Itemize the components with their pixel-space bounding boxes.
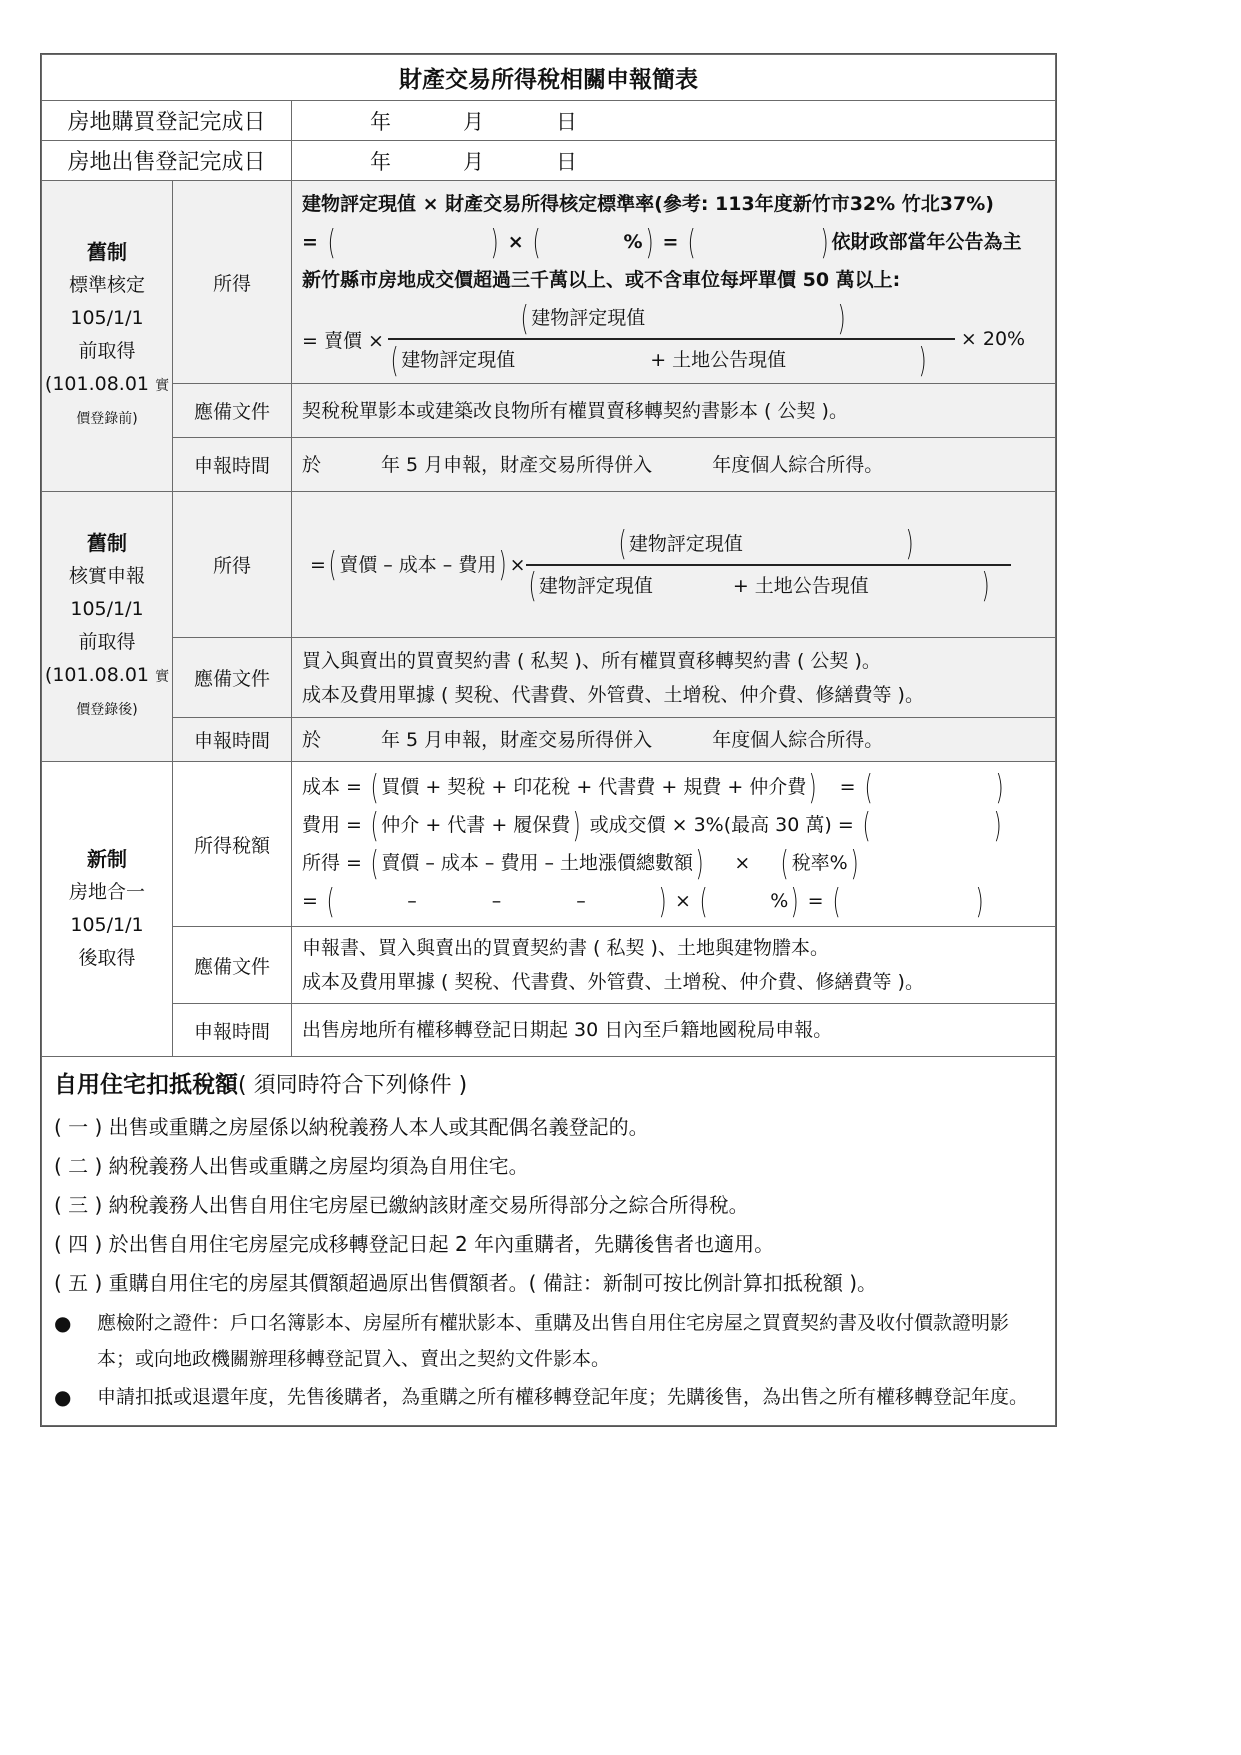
- income-label: 所得: [173, 181, 292, 384]
- filing-time: 出售房地所有權移轉登記日期起 30 日內至戶籍地國稅局申報。: [292, 1004, 1056, 1057]
- year-label: 年: [370, 146, 391, 176]
- system-heading: 舊制: [42, 527, 172, 560]
- month-label: 月: [463, 106, 484, 136]
- calc-line: = (–––) × (%) = (): [302, 882, 1045, 920]
- sale-date-label: 房地出售登記完成日: [42, 141, 292, 181]
- condition-item: ( 四 ) 於出售自用住宅房屋完成移轉登記日起 2 年內重購者，先購後售者也適用…: [54, 1225, 1043, 1264]
- required-docs: 契稅稅單影本或建築改良物所有權買賣移轉契約書影本 ( 公契 )。: [292, 384, 1056, 438]
- fraction: (建物評定現值) (建物評定現值+ 土地公告現值): [388, 298, 955, 380]
- tax-formula: 成本 = (買價 + 契稅 + 印花稅 + 代書費 + 規費 + 仲介費) = …: [292, 762, 1056, 927]
- system-line: 核實申報: [42, 560, 172, 593]
- system-heading: 新制: [42, 843, 172, 876]
- doc-item: 成本及費用單據 ( 契稅、代書費、外管費、土增稅、仲介費、修繕費等 )。: [302, 965, 1045, 999]
- old-actual-system: 舊制 核實申報 105/1/1 前取得 (101.08.01 實 價登錄後): [42, 492, 173, 762]
- purchase-date-field[interactable]: 年月日: [292, 101, 1056, 141]
- system-line: 標準核定: [42, 269, 172, 302]
- required-docs: 買入與賣出的買賣契約書 ( 私契 )、所有權買賣移轉契約書 ( 公契 )。 成本…: [292, 638, 1056, 718]
- new-system: 新制 房地合一 105/1/1 後取得: [42, 762, 173, 1057]
- day-label: 日: [556, 146, 577, 176]
- system-note: (101.08.01 實: [42, 368, 172, 403]
- filing-time: 於年 5 月申報，財產交易所得併入年度個人綜合所得。: [292, 438, 1056, 492]
- filing-time-label: 申報時間: [173, 718, 292, 762]
- formula-fraction-line: = 賣價 × (建物評定現值) (建物評定現值+ 土地公告現值) × 20%: [302, 299, 1045, 379]
- tax-label: 所得稅額: [173, 762, 292, 927]
- day-label: 日: [556, 106, 577, 136]
- form-title: 財產交易所得稅相關申報簡表: [42, 55, 1056, 101]
- formula-line-2: = () × (%) = ()依財政部當年公告為主: [302, 223, 1045, 261]
- system-note-2: 價登錄後): [42, 694, 172, 727]
- cost-line: 成本 = (買價 + 契稅 + 印花稅 + 代書費 + 規費 + 仲介費) = …: [302, 768, 1045, 806]
- bullet-item: ● 應檢附之證件：戶口名簿影本、房屋所有權狀影本、重購及出售自用住宅房屋之買賣契…: [54, 1305, 1043, 1377]
- system-line: 後取得: [42, 942, 172, 975]
- bullet-item: ● 申請扣抵或退還年度，先售後購者，為重購之所有權移轉登記年度；先購後售，為出售…: [54, 1379, 1043, 1415]
- formula-line-1: 建物評定現值 × 財產交易所得核定標準率(參考: 113年度新竹市32% 竹北3…: [302, 185, 1045, 223]
- income-formula: = (賣價 – 成本 – 費用) × (建物評定現值) (建物評定現值+ 土地公…: [292, 492, 1056, 638]
- purchase-date-label: 房地購買登記完成日: [42, 101, 292, 141]
- required-docs: 申報書、買入與賣出的買賣契約書 ( 私契 )、土地與建物謄本。 成本及費用單據 …: [292, 927, 1056, 1004]
- fraction: (建物評定現值) (建物評定現值+ 土地公告現值): [526, 524, 1011, 606]
- doc-item: 申報書、買入與賣出的買賣契約書 ( 私契 )、土地與建物謄本。: [302, 931, 1045, 965]
- system-line: 前取得: [42, 626, 172, 659]
- formula-line-3: 新竹縣市房地成交價超過三千萬以上、或不含車位每坪單價 50 萬以上:: [302, 261, 1045, 299]
- condition-item: ( 一 ) 出售或重購之房屋係以納稅義務人本人或其配偶名義登記的。: [54, 1108, 1043, 1147]
- doc-item: 買入與賣出的買賣契約書 ( 私契 )、所有權買賣移轉契約書 ( 公契 )。: [302, 644, 1045, 678]
- doc-item: 成本及費用單據 ( 契稅、代書費、外管費、土增稅、仲介費、修繕費等 )。: [302, 678, 1045, 712]
- docs-label: 應備文件: [173, 384, 292, 438]
- system-line: 105/1/1: [42, 593, 172, 626]
- sale-date-field[interactable]: 年月日: [292, 141, 1056, 181]
- income-label: 所得: [173, 492, 292, 638]
- system-note-2: 價登錄前): [42, 403, 172, 436]
- system-line: 105/1/1: [42, 302, 172, 335]
- condition-item: ( 二 ) 納稅義務人出售或重購之房屋均須為自用住宅。: [54, 1147, 1043, 1186]
- docs-label: 應備文件: [173, 638, 292, 718]
- year-label: 年: [370, 106, 391, 136]
- bullet-icon: ●: [54, 1305, 97, 1377]
- system-heading: 舊制: [42, 236, 172, 269]
- self-use-deduction-section: 自用住宅扣抵稅額( 須同時符合下列條件 ) ( 一 ) 出售或重購之房屋係以納稅…: [42, 1057, 1056, 1426]
- income-formula: 建物評定現值 × 財產交易所得核定標準率(參考: 113年度新竹市32% 竹北3…: [292, 181, 1056, 384]
- system-line: 105/1/1: [42, 909, 172, 942]
- system-line: 前取得: [42, 335, 172, 368]
- tax-summary-form: 財產交易所得稅相關申報簡表 房地購買登記完成日 年月日 房地出售登記完成日 年月…: [40, 53, 1057, 1427]
- system-line: 房地合一: [42, 876, 172, 909]
- section-heading: 自用住宅扣抵稅額( 須同時符合下列條件 ): [54, 1063, 1043, 1108]
- filing-time-label: 申報時間: [173, 1004, 292, 1057]
- condition-item: ( 五 ) 重購自用住宅的房屋其價額超過原出售價額者。( 備註：新制可按比例計算…: [54, 1264, 1043, 1303]
- filing-time: 於年 5 月申報，財產交易所得併入年度個人綜合所得。: [292, 718, 1056, 762]
- filing-time-label: 申報時間: [173, 438, 292, 492]
- month-label: 月: [463, 146, 484, 176]
- expense-line: 費用 = (仲介 + 代書 + 履保費) 或成交價 × 3%(最高 30 萬) …: [302, 806, 1045, 844]
- bullet-icon: ●: [54, 1379, 97, 1415]
- system-note: (101.08.01 實: [42, 659, 172, 694]
- condition-item: ( 三 ) 納稅義務人出售自用住宅房屋已繳納該財產交易所得部分之綜合所得稅。: [54, 1186, 1043, 1225]
- old-standard-system: 舊制 標準核定 105/1/1 前取得 (101.08.01 實 價登錄前): [42, 181, 173, 492]
- income-line: 所得 = (賣價 – 成本 – 費用 – 土地漲價總數額) × (稅率%): [302, 844, 1045, 882]
- docs-label: 應備文件: [173, 927, 292, 1004]
